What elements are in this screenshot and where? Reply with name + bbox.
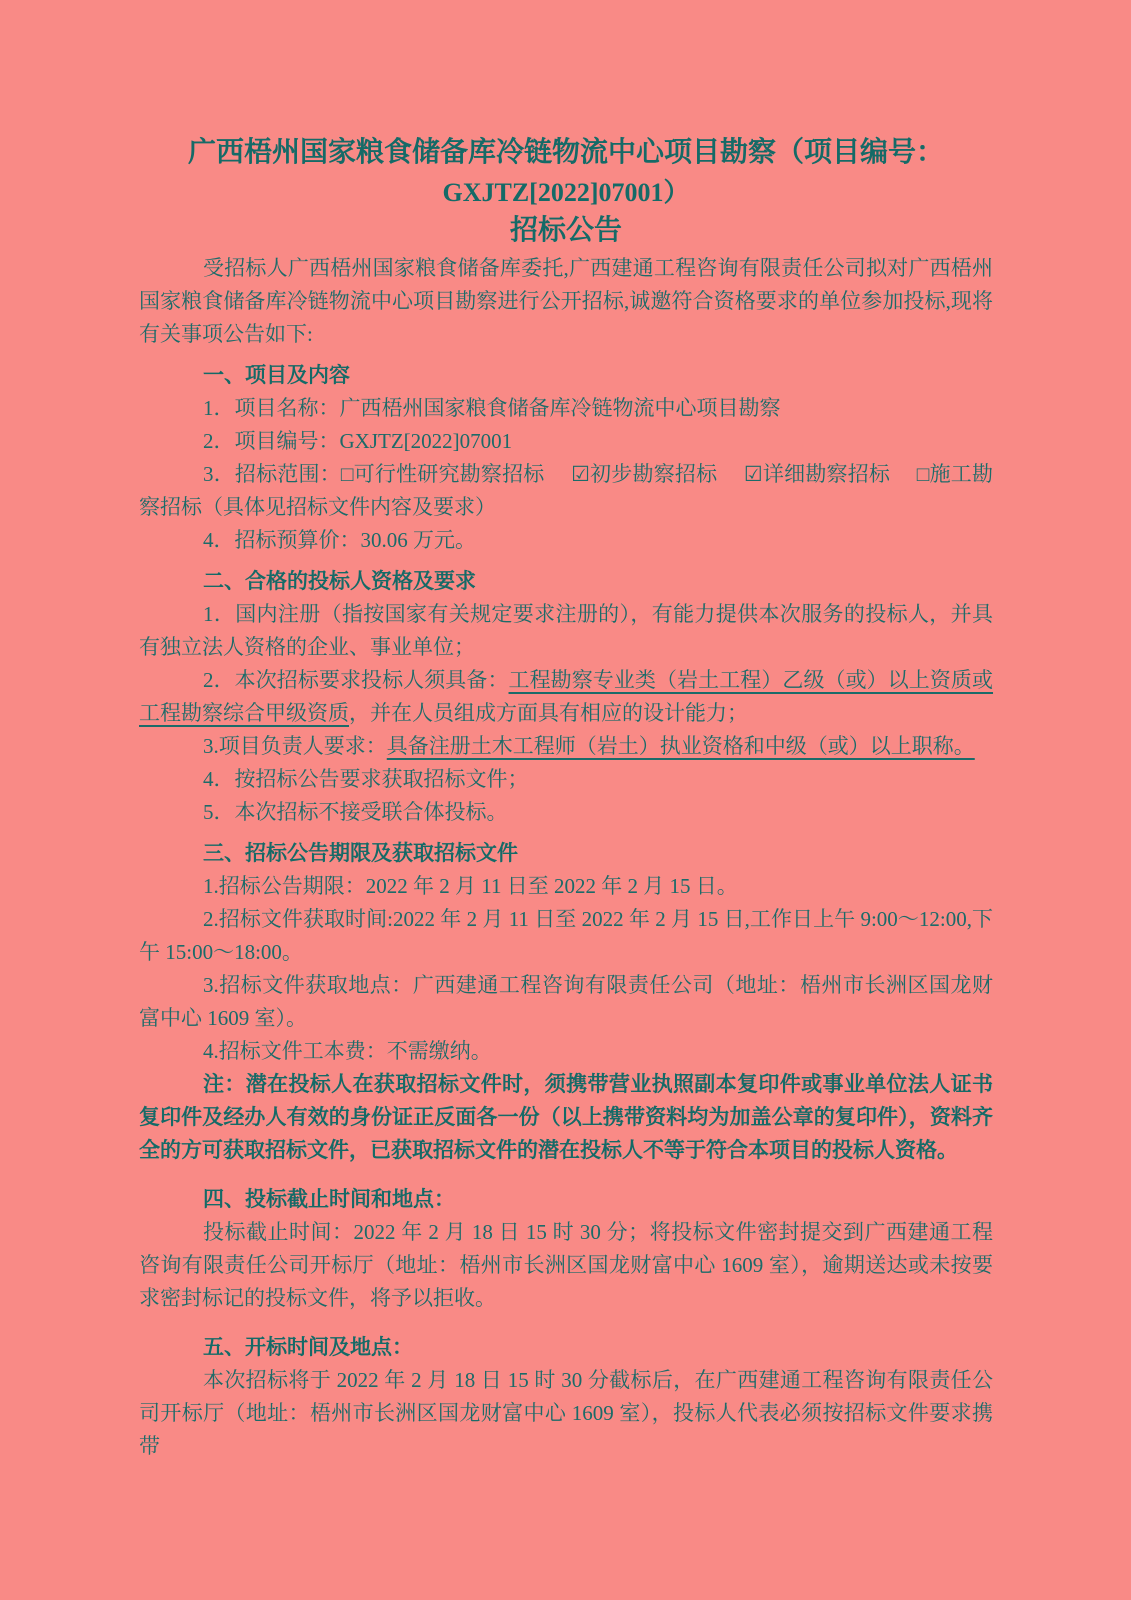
section1-item-project-name: 1．项目名称：广西梧州国家粮食储备库冷链物流中心项目勘察 <box>139 392 993 425</box>
section3-item-document-obtain-time: 2.招标文件获取时间:2022 年 2 月 11 日至 2022 年 2 月 1… <box>139 903 993 969</box>
section2-item-no-consortium: 5．本次招标不接受联合体投标。 <box>139 796 993 829</box>
document-page: 广西梧州国家粮食储备库冷链物流中心项目勘察（项目编号： GXJTZ[2022]0… <box>0 0 1131 1600</box>
section5-heading: 五、开标时间及地点： <box>203 1331 993 1364</box>
section1-item-bid-scope: 3．招标范围：□可行性研究勘察招标 ☑初步勘察招标 ☑详细勘察招标 □施工勘察招… <box>139 458 993 524</box>
section3-note-paragraph: 注：潜在投标人在获取招标文件时，须携带营业执照副本复印件或事业单位法人证书复印件… <box>139 1068 993 1167</box>
qualification-suffix: ，并在人员组成方面具有相应的设计能力； <box>349 701 748 725</box>
section3-item-document-fee: 4.招标文件工本费：不需缴纳。 <box>139 1035 993 1068</box>
section2-heading: 二、合格的投标人资格及要求 <box>203 565 993 598</box>
project-leader-underlined-requirement: 具备注册土木工程师（岩土）执业资格和中级（或）以上职称。 <box>387 734 975 758</box>
section3-item-document-obtain-place: 3.招标文件获取地点：广西建通工程咨询有限责任公司（地址：梧州市长洲区国龙财富中… <box>139 969 993 1035</box>
section1-heading: 一、项目及内容 <box>203 359 993 392</box>
document-title: 广西梧州国家粮食储备库冷链物流中心项目勘察（项目编号： GXJTZ[2022]0… <box>139 132 993 250</box>
tender-announcement-document: 广西梧州国家粮食储备库冷链物流中心项目勘察（项目编号： GXJTZ[2022]0… <box>0 0 1131 1463</box>
title-line-2-project-number: GXJTZ[2022]07001） <box>139 174 993 212</box>
section2-item-domestic-registration: 1．国内注册（指按国家有关规定要求注册的），有能力提供本次服务的投标人，并具有独… <box>139 598 993 664</box>
section4-deadline-paragraph: 投标截止时间：2022 年 2 月 18 日 15 时 30 分；将投标文件密封… <box>139 1216 993 1315</box>
qualification-prefix: 2．本次招标要求投标人须具备： <box>203 668 509 692</box>
title-line-3-announcement: 招标公告 <box>139 212 993 250</box>
section1-item-budget-price: 4．招标预算价：30.06 万元。 <box>139 524 993 557</box>
section2-item-qualification: 2．本次招标要求投标人须具备：工程勘察专业类（岩土工程）乙级（或）以上资质或工程… <box>139 664 993 730</box>
section3-item-announcement-period: 1.招标公告期限：2022 年 2 月 11 日至 2022 年 2 月 15 … <box>139 870 993 903</box>
section4-heading: 四、投标截止时间和地点： <box>203 1183 993 1216</box>
title-line-1: 广西梧州国家粮食储备库冷链物流中心项目勘察（项目编号： <box>139 132 993 174</box>
section1-item-project-number: 2．项目编号：GXJTZ[2022]07001 <box>139 425 993 458</box>
section2-item-obtain-documents: 4．按招标公告要求获取招标文件； <box>139 763 993 796</box>
project-leader-prefix: 3.项目负责人要求： <box>203 734 387 758</box>
section3-heading: 三、招标公告期限及获取招标文件 <box>203 837 993 870</box>
intro-paragraph: 受招标人广西梧州国家粮食储备库委托,广西建通工程咨询有限责任公司拟对广西梧州国家… <box>139 252 993 351</box>
section2-item-project-leader: 3.项目负责人要求：具备注册土木工程师（岩土）执业资格和中级（或）以上职称。 <box>139 730 993 763</box>
section5-bid-opening-paragraph: 本次招标将于 2022 年 2 月 18 日 15 时 30 分截标后，在广西建… <box>139 1364 993 1463</box>
